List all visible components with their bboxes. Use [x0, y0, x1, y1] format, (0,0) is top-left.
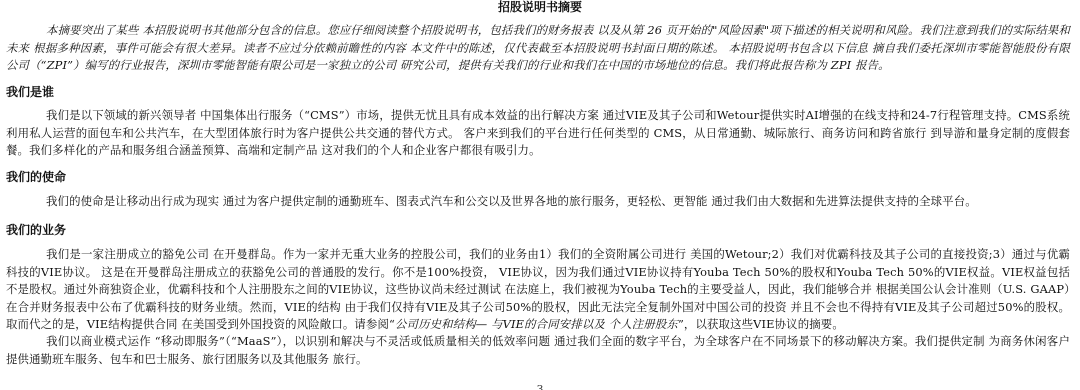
intro-paragraph: 本摘要突出了某些 本招股说明书其他部分包含的信息。您应仔细阅读整个招股说明书，包…: [6, 22, 1070, 75]
document-page: 招股说明书摘要 本摘要突出了某些 本招股说明书其他部分包含的信息。您应仔细阅读整…: [0, 0, 1080, 390]
page-number: 3: [0, 384, 1080, 390]
section-heading-mission: 我们的使命: [6, 170, 66, 184]
section-heading-who-we-are: 我们是谁: [6, 85, 54, 99]
who-we-are-paragraph: 我们是以下领域的新兴领导者 中国集体出行服务（“CMS”）市场，提供无忧且具有成…: [6, 107, 1070, 160]
reference-link-vie-arrangements: 公司历史和结构— 与VIE的合同安排以及 个人注册股东: [395, 317, 678, 331]
business-text-1b: ”，以获取这些VIE协议的摘要。: [678, 317, 844, 331]
document-title: 招股说明书摘要: [0, 0, 1080, 14]
intro-text: 本摘要突出了某些 本招股说明书其他部分包含的信息。您应仔细阅读整个招股说明书，包…: [6, 23, 1070, 72]
mission-paragraph: 我们的使命是让移动出行成为现实 通过为客户提供定制的通勤班车、图表式汽车和公交以…: [6, 193, 1070, 211]
business-paragraph-1: 我们是一家注册成立的豁免公司 在开曼群岛。作为一家并无重大业务的控股公司，我们的…: [6, 246, 1070, 334]
business-text-2: 我们以商业模式运作 “移动即服务”（“MaaS”），以识别和解决与不灵活或低质量…: [6, 334, 1070, 366]
who-we-are-text: 我们是以下领域的新兴领导者 中国集体出行服务（“CMS”）市场，提供无忧且具有成…: [6, 108, 1070, 157]
section-heading-business: 我们的业务: [6, 223, 66, 237]
mission-text: 我们的使命是让移动出行成为现实 通过为客户提供定制的通勤班车、图表式汽车和公交以…: [46, 194, 977, 208]
business-paragraph-2: 我们以商业模式运作 “移动即服务”（“MaaS”），以识别和解决与不灵活或低质量…: [6, 333, 1070, 368]
